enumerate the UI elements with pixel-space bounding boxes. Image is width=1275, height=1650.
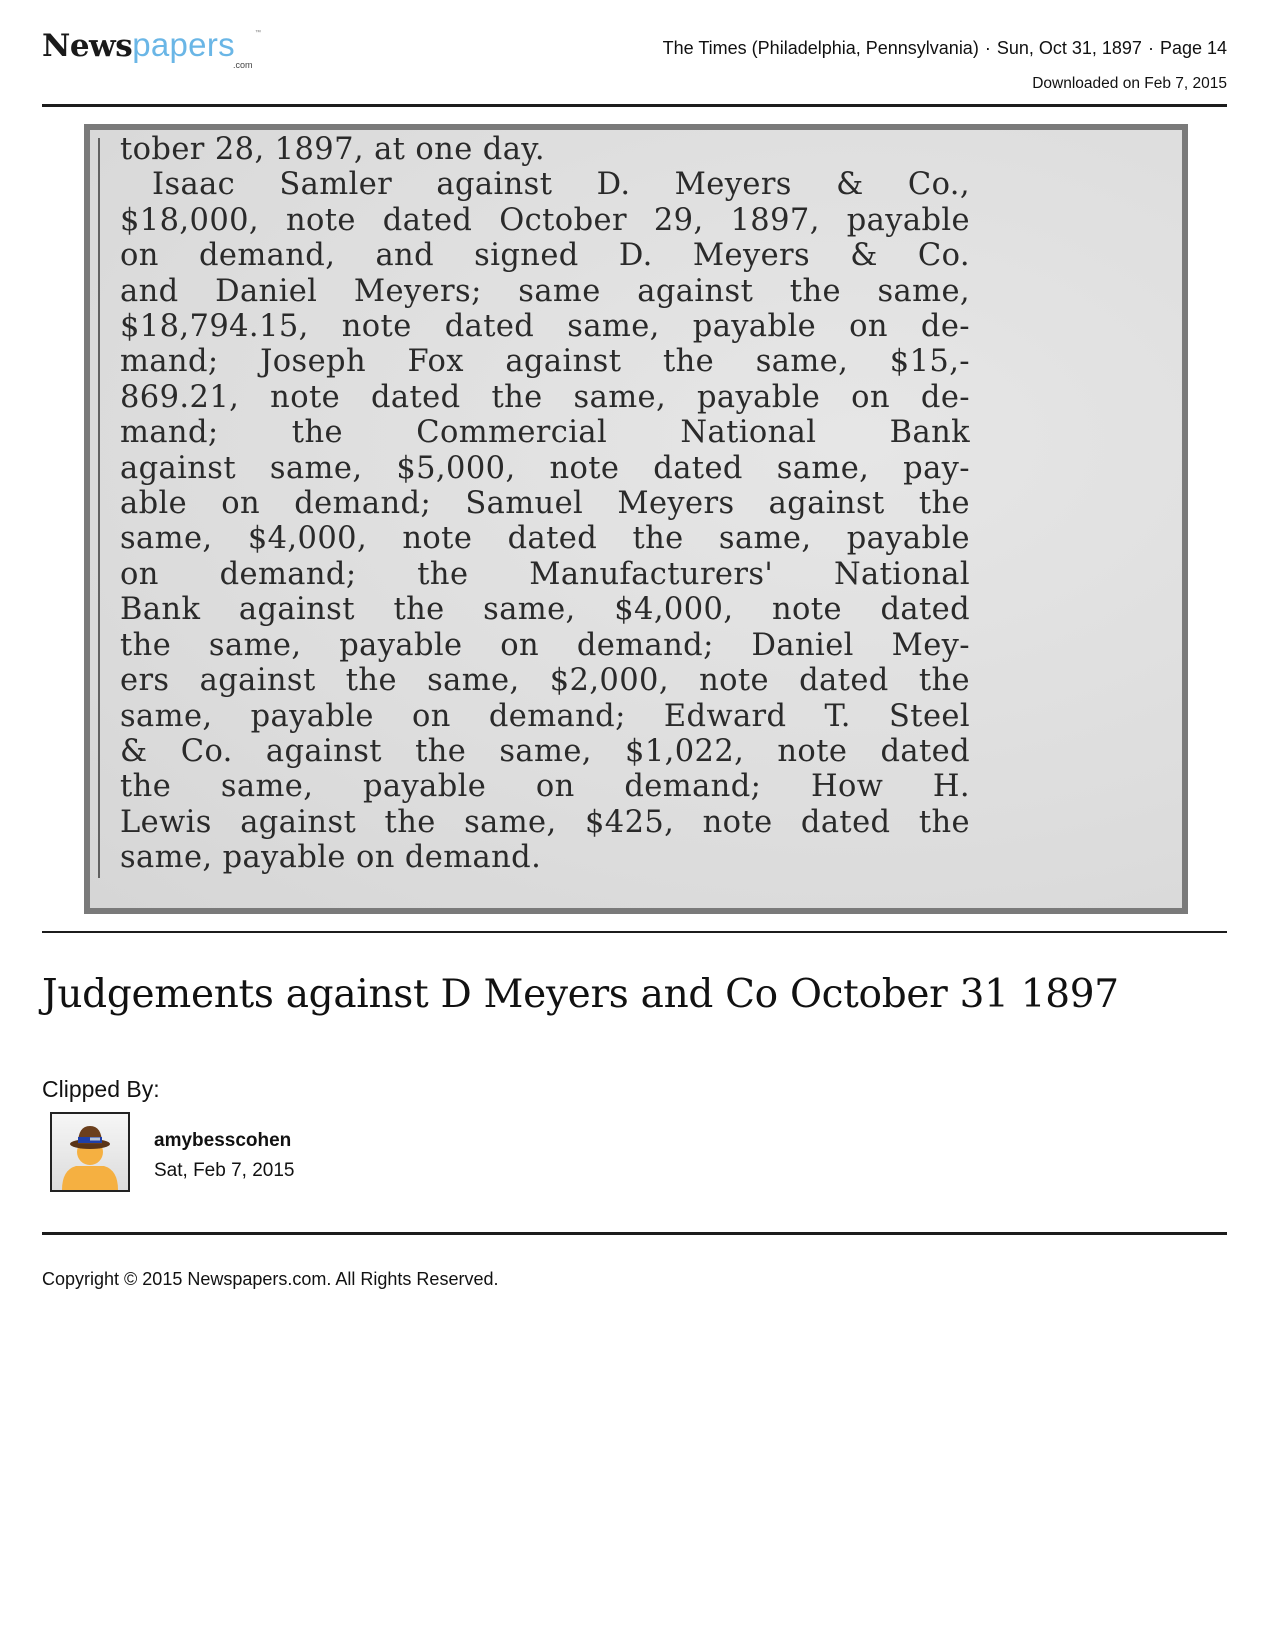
separator: · <box>1148 38 1154 58</box>
clipping-line: able on demand; Samuel Meyers against th… <box>120 486 970 521</box>
clipping-line: Isaac Samler against D. Meyers & Co., <box>120 167 970 202</box>
user-avatar[interactable] <box>50 1112 130 1192</box>
clipping-line: same, payable on demand; Edward T. Steel <box>120 699 970 734</box>
downloaded-date: Downloaded on Feb 7, 2015 <box>1032 75 1227 93</box>
clipper-username[interactable]: amybesscohen <box>154 1130 291 1152</box>
clipped-date: Sat, Feb 7, 2015 <box>154 1160 295 1182</box>
clipped-by-label: Clipped By: <box>42 1076 160 1103</box>
clipping-title: Judgements against D Meyers and Co Octob… <box>42 972 1119 1017</box>
clipping-text: tober 28, 1897, at one day.Isaac Samler … <box>120 132 970 876</box>
clipping-line: Lewis against the same, $425, note dated… <box>120 805 970 840</box>
clipping-line: on demand, and signed D. Meyers & Co. <box>120 238 970 273</box>
clipping-line: ers against the same, $2,000, note dated… <box>120 663 970 698</box>
clipping-line: same, payable on demand. <box>120 840 970 875</box>
copyright-notice: Copyright © 2015 Newspapers.com. All Rig… <box>42 1269 498 1290</box>
logo-word-papers: papers <box>132 26 235 63</box>
clipping-divider <box>42 931 1227 933</box>
clipping-line: 869.21, note dated the same, payable on … <box>120 380 970 415</box>
publication-info: The Times (Philadelphia, Pennsylvania)·S… <box>663 38 1227 59</box>
clipping-line: mand; Joseph Fox against the same, $15,- <box>120 344 970 379</box>
logo-word-news: News <box>42 28 132 64</box>
publication-date: Sun, Oct 31, 1897 <box>997 38 1142 58</box>
clipping-line: same, $4,000, note dated the same, payab… <box>120 521 970 556</box>
newspapers-logo[interactable]: Newspapers ™ .com <box>42 26 235 70</box>
logo-trademark: ™ <box>255 30 261 36</box>
column-rule <box>98 138 100 878</box>
clipping-line: and Daniel Meyers; same against the same… <box>120 274 970 309</box>
newspaper-clipping-image: tober 28, 1897, at one day.Isaac Samler … <box>84 124 1188 914</box>
page-number: Page 14 <box>1160 38 1227 58</box>
clipping-line: & Co. against the same, $1,022, note dat… <box>120 734 970 769</box>
user-avatar-fedora-icon <box>52 1114 128 1190</box>
clipping-line: against same, $5,000, note dated same, p… <box>120 451 970 486</box>
clipping-line: on demand; the Manufacturers' National <box>120 557 970 592</box>
logo-domain: .com <box>233 60 253 70</box>
clipping-line: mand; the Commercial National Bank <box>120 415 970 450</box>
clipping-line: the same, payable on demand; Daniel Mey- <box>120 628 970 663</box>
header-divider <box>42 104 1227 107</box>
clipping-line: tober 28, 1897, at one day. <box>120 132 970 167</box>
footer-divider <box>42 1232 1227 1235</box>
publication-name: The Times (Philadelphia, Pennsylvania) <box>663 38 979 58</box>
clipping-line: the same, payable on demand; How H. <box>120 769 970 804</box>
clipping-line: $18,794.15, note dated same, payable on … <box>120 309 970 344</box>
clipping-line: Bank against the same, $4,000, note date… <box>120 592 970 627</box>
separator: · <box>985 38 991 58</box>
clipping-line: $18,000, note dated October 29, 1897, pa… <box>120 203 970 238</box>
